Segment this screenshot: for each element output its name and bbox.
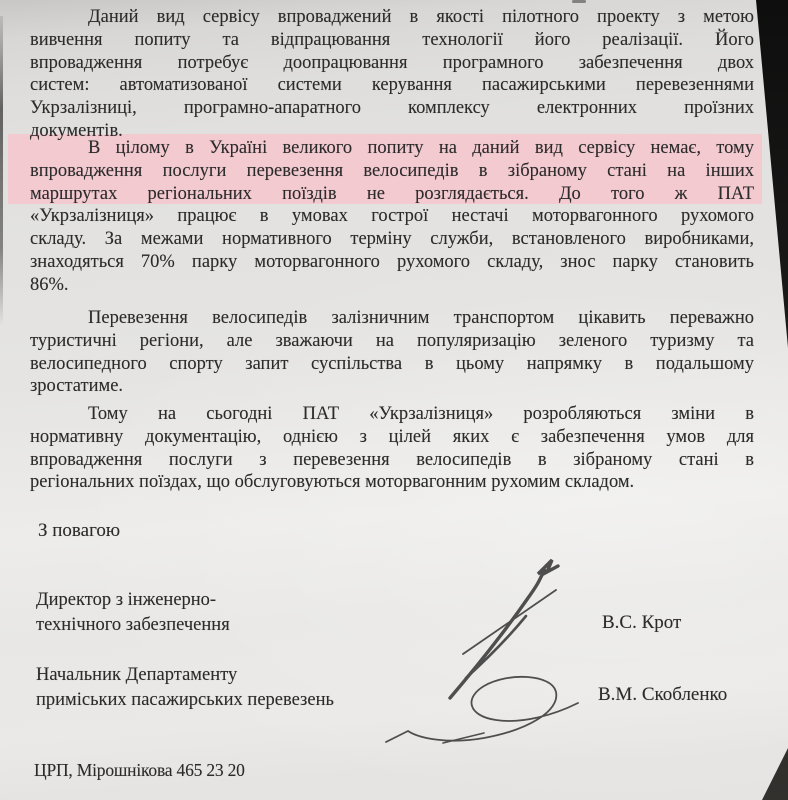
text-line: Перевезення велосипедів залізничним тран… <box>30 307 754 330</box>
text-line: знаходяться 70% парку моторвагонного рух… <box>30 251 754 274</box>
text-line: В цілому в Україні великого попиту на да… <box>30 137 754 160</box>
text-line: «Укрзалізниця» працює в умовах гострої н… <box>30 205 754 228</box>
paragraph-tourist-regions: Перевезення велосипедів залізничним тран… <box>30 307 754 398</box>
text-line: 86%. <box>30 274 754 297</box>
closing-salutation: З повагою <box>38 520 120 542</box>
text-line: зростатиме. <box>30 375 754 398</box>
text-line: Начальник Департаменту <box>36 663 416 688</box>
reference-footer: ЦРП, Мірошнікова 465 23 20 <box>34 760 245 781</box>
paragraph-regulatory-changes: Тому на сьогодні ПАТ «Укрзалізниця» розр… <box>30 403 754 494</box>
text-line: технічного забезпечення <box>36 613 336 638</box>
paragraph-no-demand-highlighted: В цілому в Україні великого попиту на да… <box>30 137 754 297</box>
text-line: нормативну документацію, однією з цілей … <box>30 426 754 449</box>
text-line: систем: автоматизованої системи керуванн… <box>30 74 754 97</box>
text-line: впровадження потребує доопрацювання прог… <box>30 52 754 75</box>
text-line: Директор з інженерно- <box>36 588 336 613</box>
paper-left-edge-shadow <box>0 16 3 326</box>
text-line: маршрутах регіональних поїздів не розгля… <box>30 183 754 206</box>
handwritten-signature-ink <box>388 546 688 756</box>
text-line: регіональних поїздах, що обслуговуються … <box>30 471 754 494</box>
text-line: вивчення попиту та відпрацювання техноло… <box>30 29 754 52</box>
text-line: впровадження послуги з перевезення велос… <box>30 449 754 472</box>
text-line: складу. За межами нормативного терміну с… <box>30 228 754 251</box>
paragraph-pilot-project: Даний вид сервісу впроваджений в якості … <box>30 6 754 143</box>
text-line: приміських пасажирських перевезень <box>36 688 416 713</box>
text-line: туристичні регіони, але зважаючи на попу… <box>30 330 754 353</box>
cropped-text-remnant <box>572 0 586 3</box>
signatory-title-department-head: Начальник Департаментуприміських пасажир… <box>36 663 416 713</box>
text-line: Укрзалізниці, програмно-апаратного компл… <box>30 97 754 120</box>
signatory-title-director: Директор з інженерно-технічного забезпеч… <box>36 588 336 638</box>
text-line: велосипедного спорту запит суспільства в… <box>30 353 754 376</box>
text-line: Тому на сьогодні ПАТ «Укрзалізниця» розр… <box>30 403 754 426</box>
text-line: впровадження послуги перевезення велосип… <box>30 160 754 183</box>
text-line: Даний вид сервісу впроваджений в якості … <box>30 6 754 29</box>
scanned-letter-page: Даний вид сервісу впроваджений в якості … <box>0 0 788 800</box>
